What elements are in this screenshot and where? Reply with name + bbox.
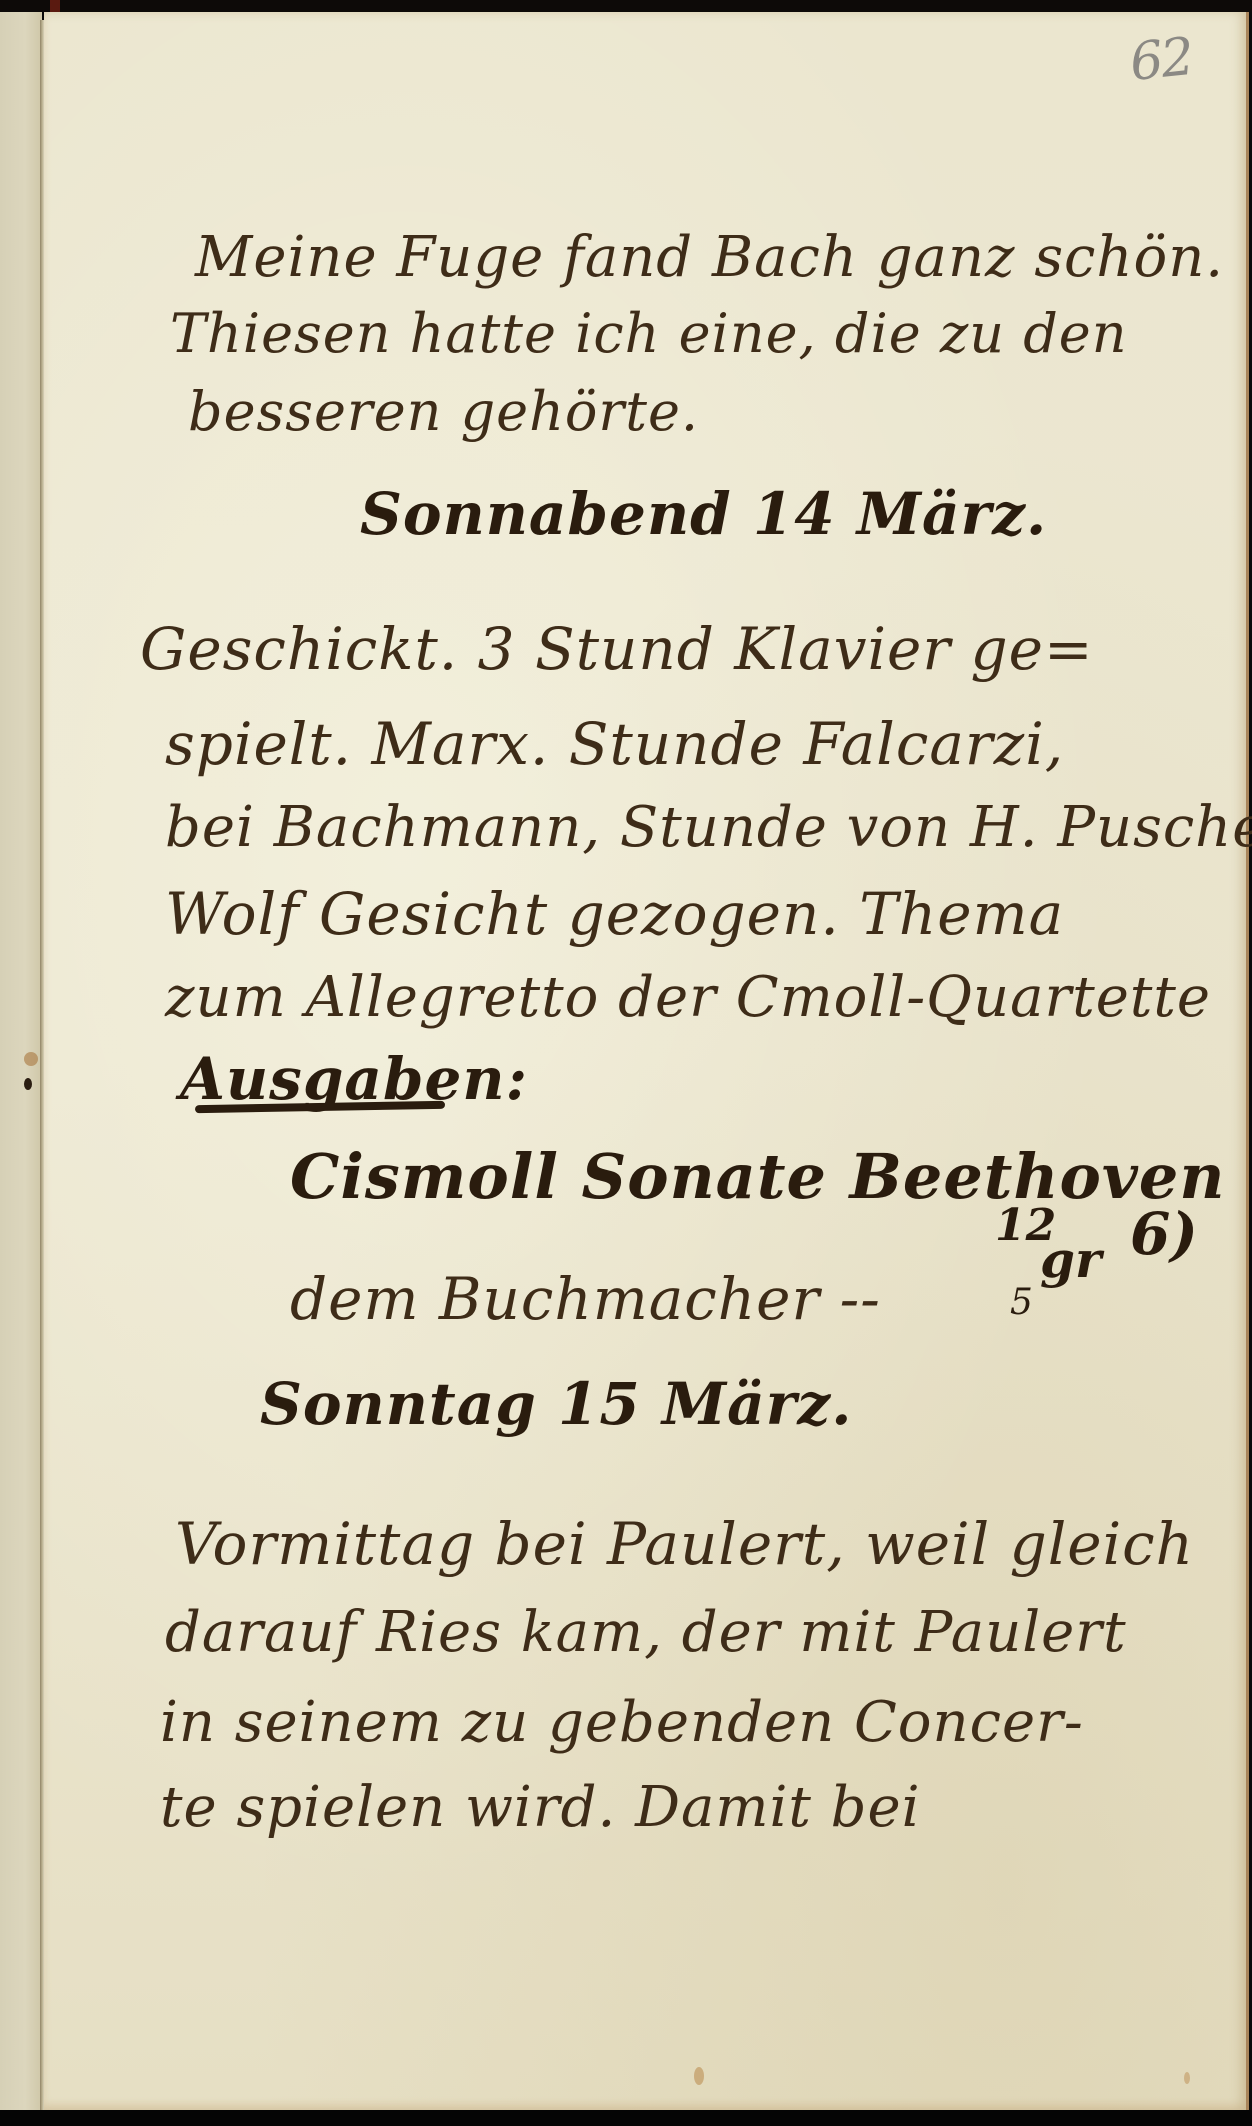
expense-item: Cismoll Sonate Beethoven [290,1140,1225,1213]
expense-tail: 6) [1130,1200,1198,1268]
manuscript-line: darauf Ries kam, der mit Paulert [165,1600,1127,1665]
manuscript-line: Geschickt. 3 Stund Klavier ge= [140,615,1094,683]
scan-bottom-border [0,2110,1252,2126]
manuscript-line: besseren gehörte. [188,380,699,443]
manuscript-line: Vormittag bei Paulert, weil gleich [175,1510,1194,1578]
foxing-stain [24,1052,38,1066]
page-number: 62 [1127,27,1195,93]
date-heading: Sonnabend 14 März. [360,480,1047,548]
date-heading: Sonntag 15 März. [260,1370,852,1438]
expense-item: dem Buchmacher -- [290,1265,881,1333]
manuscript-line: te spielen wird. Damit bei [160,1775,921,1840]
expense-unit: gr [1040,1230,1101,1289]
manuscript-line: Thiesen hatte ich eine, die zu den [170,302,1128,365]
manuscript-line: spielt. Marx. Stunde Falcarzi, [165,710,1064,778]
binding-hole [24,1078,32,1090]
expense-denominator: 5 [1010,1282,1033,1323]
manuscript-line: in seinem zu gebenden Concer- [160,1690,1084,1755]
foxing-stain [694,2067,704,2085]
manuscript-line: bei Bachmann, Stunde von H. Puschel. [165,795,1252,860]
foxing-stain [1184,2072,1190,2084]
binding-thread [50,0,60,12]
scan-top-border [0,0,1252,12]
manuscript-line: Wolf Gesicht gezogen. Thema [165,880,1064,948]
manuscript-line: zum Allegretto der Cmoll-Quartette [165,965,1211,1030]
manuscript-scan: 62 Meine Fuge fand Bach ganz schön. Thie… [0,0,1252,2126]
manuscript-line: Meine Fuge fand Bach ganz schön. [195,225,1224,290]
